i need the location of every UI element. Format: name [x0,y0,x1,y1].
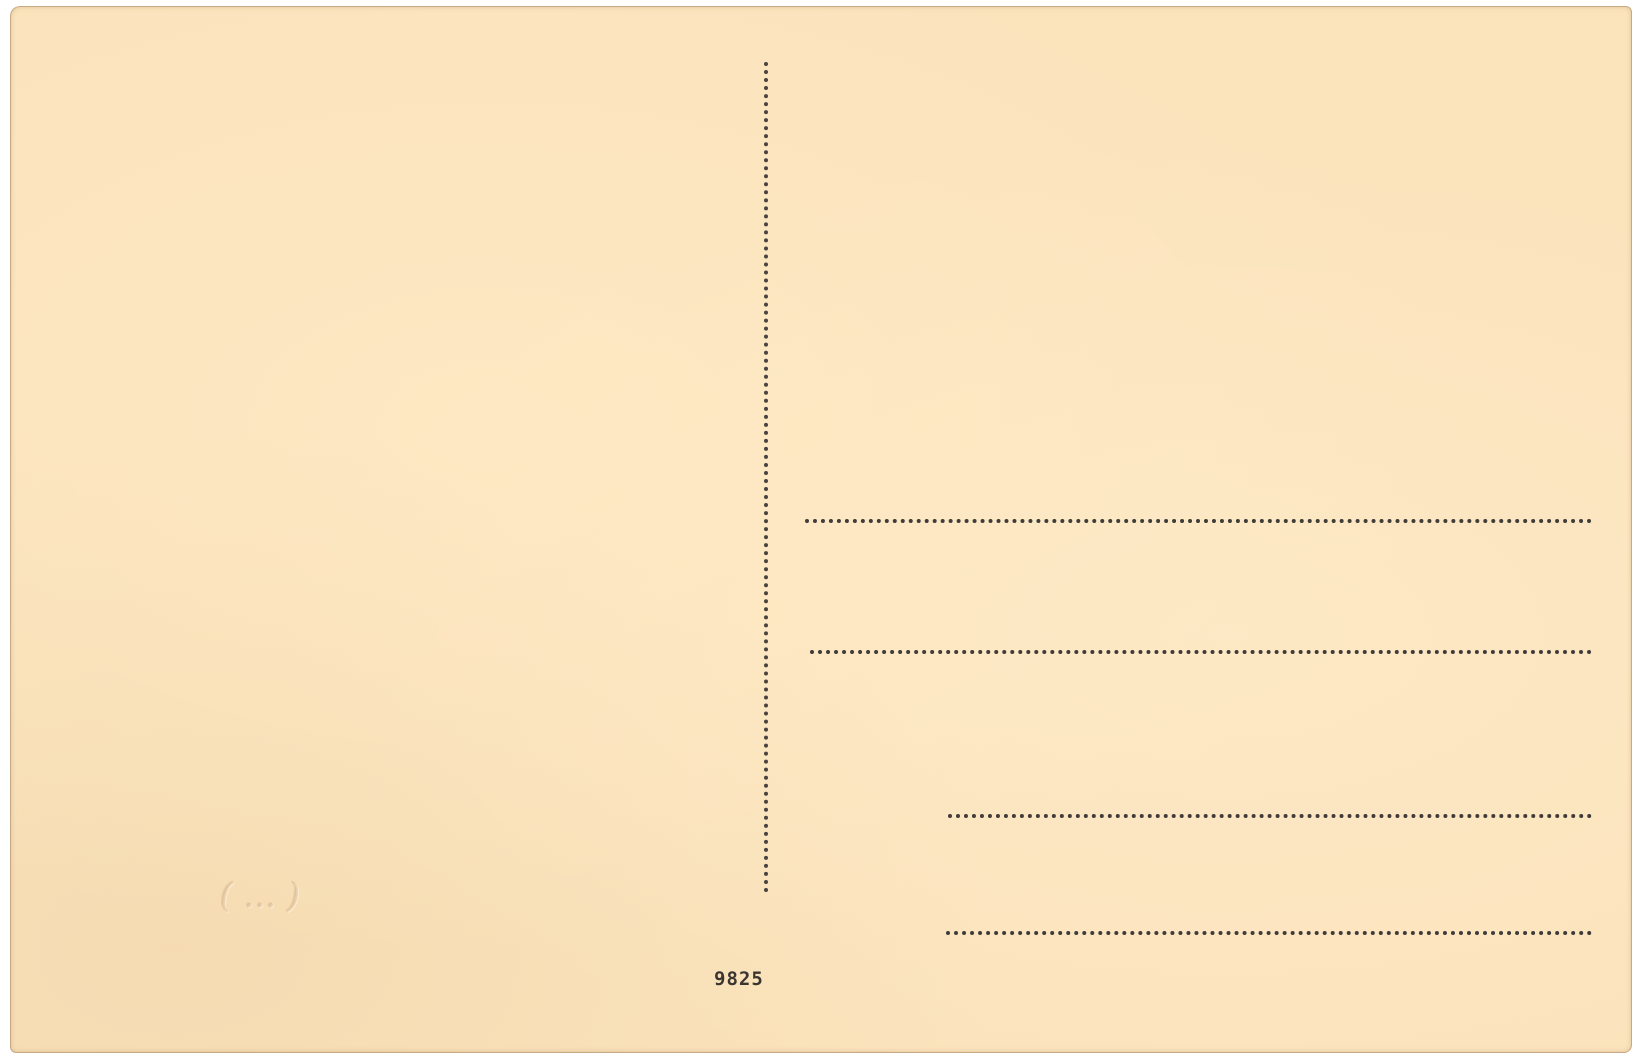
address-line-3 [948,814,1592,818]
center-divider-dotted-line [764,62,768,893]
embossed-publisher-stamp: ( ... ) [90,866,430,926]
faint-mark [1370,86,1570,166]
serial-number: 9825 [714,968,764,990]
address-line-2 [810,650,1592,654]
address-line-1 [805,519,1592,523]
postcard-back: ( ... ) [10,6,1632,1053]
address-line-4 [946,931,1592,935]
